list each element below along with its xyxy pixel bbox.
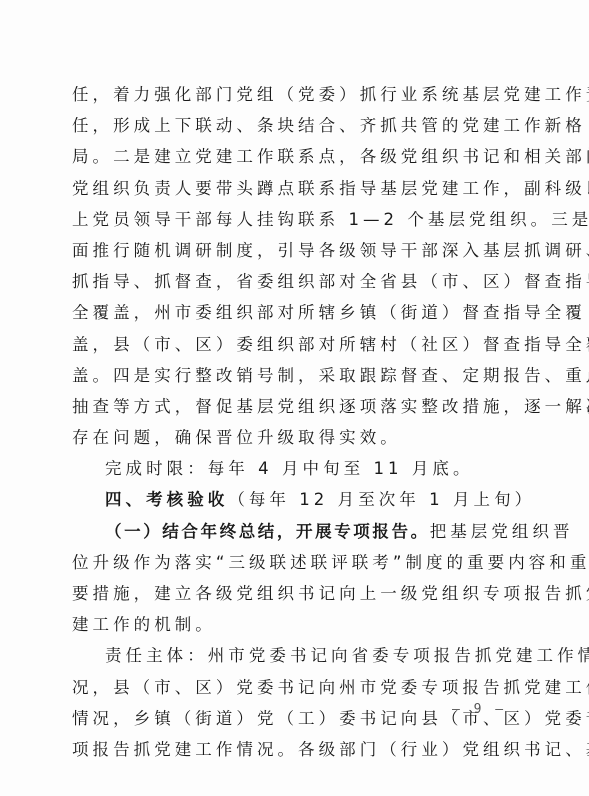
section-heading: 四、考核验收（每年 12 月至次年 1 月上旬） <box>72 484 512 515</box>
subsection-text: 把基层党组织晋 <box>430 522 574 541</box>
document-page: 任，着力强化部门党组（党委）抓行业系统基层党建工作责 任，形成上下联动、条块结合… <box>0 0 589 796</box>
text-line: 上党员领导干部每人挂钩联系 1—2 个基层党组织。三是全 <box>72 204 512 235</box>
text-line: 任，形成上下联动、条块结合、齐抓共管的党建工作新格 <box>72 110 512 141</box>
text-line: 抓指导、抓督查，省委组织部对全省县（市、区）督查指导 <box>72 266 512 297</box>
document-body: 任，着力强化部门党组（党委）抓行业系统基层党建工作责 任，形成上下联动、条块结合… <box>72 79 512 765</box>
responsibility-line: 责任主体：州市党委书记向省委专项报告抓党建工作情 <box>72 640 512 671</box>
text-line: 盖。四是实行整改销号制，采取跟踪督查、定期报告、重点 <box>72 360 512 391</box>
page-number: — 9 — <box>452 702 506 717</box>
text-line: 面推行随机调研制度，引导各级领导干部深入基层抓调研、 <box>72 235 512 266</box>
text-line: 情况，乡镇（街道）党（工）委书记向县（市、区）党委专 <box>72 703 512 734</box>
text-line: 全覆盖，州市委组织部对所辖乡镇（街道）督查指导全覆 <box>72 297 512 328</box>
text-line: 抽查等方式，督促基层党组织逐项落实整改措施，逐一解决 <box>72 391 512 422</box>
section-heading-title: 四、考核验收 <box>105 490 228 509</box>
section-heading-date-range: （每年 12 月至次年 1 月上旬） <box>228 490 535 509</box>
text-line: 况，县（市、区）党委书记向州市党委专项报告抓党建工作 <box>72 672 512 703</box>
text-line: 位升级作为落实“三级联述联评联考”制度的重要内容和重 <box>72 547 512 578</box>
text-line: 项报告抓党建工作情况。各级部门（行业）党组织书记、基 <box>72 734 512 765</box>
deadline-line: 完成时限：每年 4 月中旬至 11 月底。 <box>72 453 512 484</box>
text-line: 局。二是建立党建工作联系点，各级党组织书记和相关部门 <box>72 141 512 172</box>
text-line: 党组织负责人要带头蹲点联系指导基层党建工作，副科级以 <box>72 173 512 204</box>
text-line: 盖，县（市、区）委组织部对所辖村（社区）督查指导全覆 <box>72 329 512 360</box>
text-line: 任，着力强化部门党组（党委）抓行业系统基层党建工作责 <box>72 79 512 110</box>
subsection-heading-line: （一）结合年终总结，开展专项报告。把基层党组织晋 <box>72 516 512 547</box>
subsection-heading: （一）结合年终总结，开展专项报告。 <box>105 522 430 541</box>
text-line: 要措施，建立各级党组织书记向上一级党组织专项报告抓党 <box>72 578 512 609</box>
text-line: 建工作的机制。 <box>72 609 512 640</box>
text-line: 存在问题，确保晋位升级取得实效。 <box>72 422 512 453</box>
